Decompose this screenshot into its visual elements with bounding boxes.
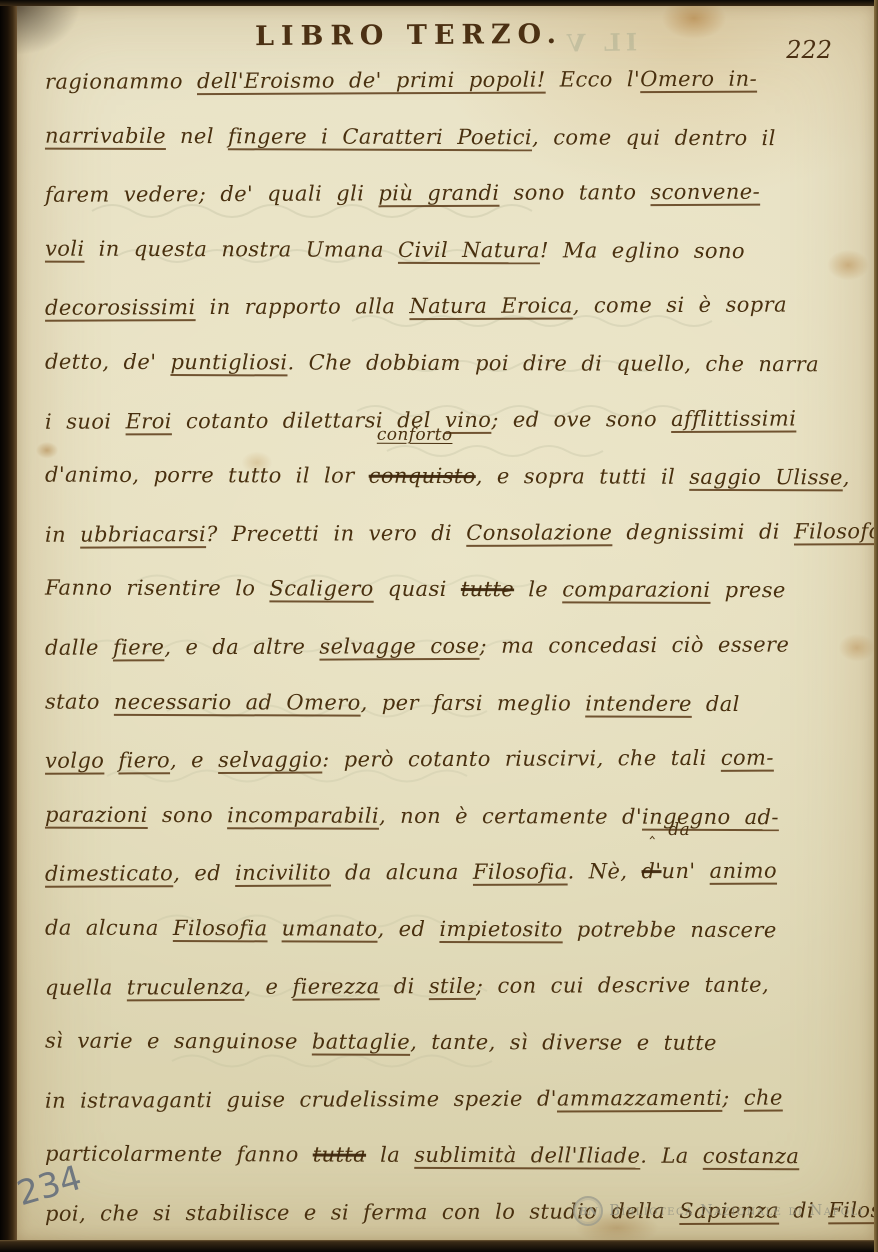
manuscript-word: quella <box>45 975 127 999</box>
manuscript-word: parazioni <box>45 802 148 826</box>
manuscript-word <box>104 749 118 773</box>
manuscript-word: dalle <box>45 635 113 659</box>
manuscript-word: intendere <box>585 691 692 715</box>
manuscript-word: decorosissimi <box>45 295 196 320</box>
manuscript-word: voli <box>45 236 85 260</box>
manuscript-line: sì varie e sanguinose battaglie, tante, … <box>45 1013 857 1072</box>
manuscript-word: conquisto <box>369 464 476 488</box>
manuscript-word: , e sopra tutti il <box>476 464 690 489</box>
manuscript-line: dalle fiere, e da altre selvagge cose; m… <box>45 616 857 676</box>
manuscript-word: ; con cui descrive tante, <box>476 972 769 997</box>
manuscript-word: tutte <box>461 577 514 601</box>
manuscript-word: fingere i Caratteri Poetici <box>228 124 532 149</box>
manuscript-word: ; ma concedasi ciò essere <box>479 632 789 657</box>
manuscript-word: Filosofia <box>173 916 268 940</box>
manuscript-word: le <box>514 578 562 602</box>
manuscript-word: , come qui dentro il <box>532 125 776 150</box>
manuscript-word: narrivabile <box>45 123 166 147</box>
manuscript-word: , tante, sì diverse e tutte <box>410 1030 717 1055</box>
stamp-logo-icon: BN <box>573 1196 603 1226</box>
manuscript-word: , ed <box>378 917 440 941</box>
interlinear-correction: ‸ dad' <box>641 843 661 900</box>
manuscript-word: stile <box>429 973 476 997</box>
manuscript-word: impietosito <box>439 917 562 941</box>
manuscript-word: . La <box>640 1144 703 1168</box>
manuscript-word: ; ed ove sono <box>491 407 671 432</box>
manuscript-word: prese <box>711 578 786 602</box>
interlinear-insertion: conforto <box>377 427 453 444</box>
manuscript-word: la <box>366 1143 414 1167</box>
manuscript-word: , e <box>170 748 218 772</box>
manuscript-line: stato necessario ad Omero, per farsi meg… <box>45 673 857 732</box>
page-corner-shadow <box>17 6 107 76</box>
manuscript-word: dell'Eroismo de' primi popoli! <box>197 68 546 94</box>
manuscript-word: fiero <box>118 748 170 772</box>
manuscript-word: battaglie <box>312 1030 410 1054</box>
manuscript-line: volgo fiero, e selvaggio: però cotanto r… <box>45 729 857 789</box>
manuscript-word: ? Precetti in vero di <box>206 521 466 546</box>
manuscript-word: nel <box>166 124 228 148</box>
manuscript-word: Consolazione <box>466 520 612 545</box>
manuscript-word: detto, de' <box>45 350 171 374</box>
manuscript-word: , e <box>244 974 292 998</box>
manuscript-word: d'animo, porre tutto il lor <box>45 463 369 488</box>
manuscript-line: in istravaganti guise crudelissime spezi… <box>45 1069 857 1129</box>
manuscript-line: da alcuna Filosofia umanato, ed impietos… <box>45 899 857 958</box>
manuscript-word: Fanno risentire lo <box>45 576 270 601</box>
manuscript-word: particolarmente fanno <box>45 1142 313 1167</box>
manuscript-word: ; <box>722 1085 744 1109</box>
manuscript-word: com- <box>721 746 774 770</box>
manuscript-line: quella truculenza, e fierezza di stile; … <box>45 956 857 1016</box>
manuscript-word: , ed <box>173 861 235 885</box>
manuscript-word: sconvene- <box>650 180 760 204</box>
interlinear-correction: confortoconquisto <box>369 448 476 505</box>
manuscript-line: ragionammo dell'Eroismo de' primi popoli… <box>45 50 857 110</box>
manuscript-word: Filosofia <box>473 860 568 884</box>
manuscript-word: degnissimi di <box>612 519 794 544</box>
manuscript-line: parazioni sono incomparabili, non è cert… <box>45 786 857 845</box>
manuscript-word: puntigliosi <box>170 350 287 374</box>
manuscript-word: umanato <box>282 916 378 940</box>
manuscript-word: , e da altre <box>164 635 319 660</box>
manuscript-word: Eroi <box>125 409 171 433</box>
scan-edge-top <box>0 0 878 6</box>
manuscript-word: Omero in- <box>640 67 757 92</box>
manuscript-word: costanza <box>703 1144 800 1168</box>
manuscript-line: detto, de' puntigliosi. Che dobbiam poi … <box>45 334 857 393</box>
manuscript-word: animo <box>710 859 777 883</box>
manuscript-word: quasi <box>374 577 461 601</box>
manuscript-word: stato <box>45 689 114 713</box>
manuscript-word: ammazzamenti <box>557 1086 722 1111</box>
manuscript-line: voli in questa nostra Umana Civil Natura… <box>45 220 857 279</box>
interlinear-insertion: ‸ da <box>649 822 690 839</box>
manuscript-word: : però cotanto riuscirvi, che tali <box>322 746 721 772</box>
manuscript-word: in istravaganti guise crudelissime spezi… <box>45 1086 557 1112</box>
manuscript-word: i suoi <box>45 409 126 433</box>
binding-edge-left <box>0 0 17 1252</box>
manuscript-word: volgo <box>45 749 104 773</box>
page-title: LIBRO TERZO. <box>255 19 563 52</box>
manuscript-word: , per farsi meglio <box>361 690 586 715</box>
manuscript-word: , <box>843 466 850 490</box>
manuscript-word: tutta <box>313 1143 366 1167</box>
manuscript-word <box>268 916 282 940</box>
stamp-monogram: BN <box>579 1205 598 1218</box>
manuscript-word: dal <box>692 691 740 715</box>
manuscript-word: . Nè, <box>568 859 642 883</box>
manuscript-word: sì varie e sanguinose <box>45 1029 312 1054</box>
manuscript-word: potrebbe nascere <box>563 917 777 942</box>
manuscript-line: narrivabile nel fingere i Caratteri Poet… <box>45 107 857 166</box>
manuscript-word: Filosofo <box>794 519 878 543</box>
manuscript-word: selvagge cose <box>319 634 479 659</box>
scan-edge-bottom <box>0 1240 878 1252</box>
manuscript-word: afflittissimi <box>671 406 796 431</box>
manuscript-word: da alcuna <box>331 860 473 885</box>
library-stamp: BN Biblioteca Nazionale di Napoli <box>573 1196 864 1226</box>
manuscript-word: , come si è sopra <box>573 293 787 318</box>
manuscript-line: dimesticato, ed incivilito da alcuna Fil… <box>45 843 857 903</box>
manuscript-word: farem vedere; de' quali gli <box>45 182 379 207</box>
manuscript-line: particolarmente fanno tutta la sublimità… <box>45 1126 857 1185</box>
manuscript-word: dimesticato <box>45 862 173 887</box>
manuscript-word: . Che dobbiam poi dire di quello, che na… <box>287 350 819 376</box>
manuscript-word: fierezza <box>292 974 379 998</box>
manuscript-word: in questa nostra Umana <box>85 237 399 262</box>
manuscript-scan: IL V LIBRO TERZO. 222 ragionammo dell'Er… <box>0 0 878 1252</box>
manuscript-word: che <box>744 1085 783 1109</box>
stamp-label: Biblioteca Nazionale di Napoli <box>609 1203 864 1219</box>
manuscript-word: sono <box>148 803 227 827</box>
manuscript-line: Fanno risentire lo Scaligero quasi tutte… <box>45 560 857 619</box>
manuscript-word: sono tanto <box>499 180 650 205</box>
manuscript-word: da alcuna <box>45 915 173 939</box>
manuscript-line: decorosissimi in rapporto alla Natura Er… <box>45 277 857 337</box>
manuscript-word: selvaggio <box>218 748 322 772</box>
manuscript-word: d' <box>641 859 661 883</box>
manuscript-word: , non è certamente d' <box>379 803 642 828</box>
manuscript-line: in ubbriacarsi? Precetti in vero di Cons… <box>45 503 857 563</box>
manuscript-body: ragionammo dell'Eroismo de' primi popoli… <box>45 52 857 1240</box>
manuscript-word: incomparabili <box>227 803 379 828</box>
manuscript-line: farem vedere; de' quali gli più grandi s… <box>45 163 857 223</box>
manuscript-word: un' <box>661 859 709 883</box>
manuscript-word: ubbriacarsi <box>80 522 206 547</box>
manuscript-word: fiere <box>113 635 164 659</box>
manuscript-word: saggio Ulisse <box>689 465 843 490</box>
scan-edge-right <box>874 0 878 1252</box>
manuscript-word: incivilito <box>235 861 331 885</box>
manuscript-word: Ecco l' <box>546 67 641 91</box>
manuscript-page: IL V LIBRO TERZO. 222 ragionammo dell'Er… <box>17 6 874 1240</box>
manuscript-word: Scaligero <box>269 577 373 601</box>
manuscript-word: in rapporto alla <box>196 295 410 320</box>
manuscript-word: Civil Natura <box>398 238 540 262</box>
manuscript-word: comparazioni <box>562 578 710 603</box>
manuscript-word: di <box>380 974 429 998</box>
manuscript-word: necessario ad Omero <box>114 689 361 714</box>
manuscript-line: d'animo, porre tutto il lor confortoconq… <box>45 447 857 506</box>
manuscript-word: sublimità dell'Iliade <box>414 1143 640 1168</box>
manuscript-word: Natura Eroica <box>409 294 572 319</box>
manuscript-word: in <box>45 522 80 546</box>
manuscript-word: truculenza <box>127 974 245 999</box>
manuscript-word: ! Ma eglino sono <box>540 238 745 263</box>
manuscript-word: più grandi <box>378 181 499 206</box>
